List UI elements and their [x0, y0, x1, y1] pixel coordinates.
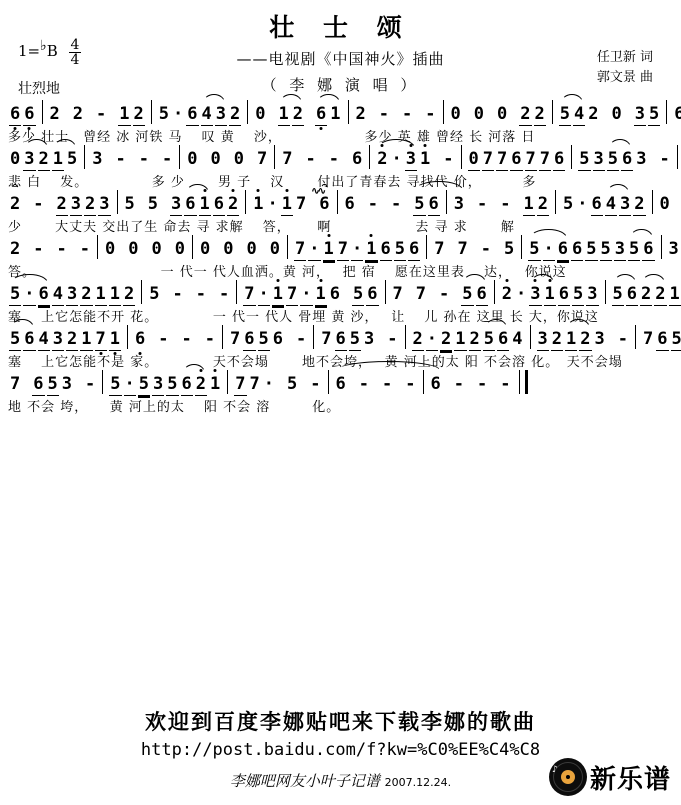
note: 7 — [433, 238, 445, 260]
slur-arc: 32 — [22, 148, 51, 171]
notation-line: 564321716---7656-7653-2·21256432123-7656… — [8, 316, 681, 349]
note: 6 — [134, 328, 146, 350]
slur-arc: 6∿∿ — [317, 193, 331, 215]
note: 6 — [272, 328, 284, 350]
slur-arc: 15 — [51, 148, 80, 171]
note: 5 — [528, 238, 540, 261]
note: 5 — [9, 283, 21, 306]
barline — [102, 370, 103, 394]
note: 1 — [80, 328, 92, 351]
final-barline — [519, 370, 528, 394]
barline — [446, 190, 447, 214]
duration-dot: · — [267, 193, 279, 215]
note: 5 — [166, 373, 178, 396]
note: 5 — [607, 148, 619, 171]
barline — [274, 145, 275, 169]
duration-dash: - — [499, 373, 511, 395]
duration-dot: · — [172, 103, 184, 125]
note: 6 — [329, 283, 341, 305]
duration-dot: · — [426, 328, 438, 351]
note: 2 — [123, 283, 135, 306]
barline — [521, 235, 522, 259]
slur-arc: 56 — [606, 148, 635, 171]
barline — [385, 280, 386, 304]
note: 5 — [648, 103, 660, 126]
download-url[interactable]: http://post.baidu.com/f?kw=%C0%EE%C4%C8 — [0, 740, 681, 760]
note: 7 — [457, 238, 469, 260]
note: 7 — [286, 283, 298, 306]
duration-dash: - — [305, 148, 317, 170]
note: 5 — [258, 328, 270, 351]
note: 4 — [573, 103, 585, 126]
duration-dot: · — [391, 148, 403, 170]
duration-dash: - — [390, 193, 402, 215]
duration-dot: · — [515, 283, 527, 305]
time-signature: 4 4 — [69, 38, 82, 67]
note: 4 — [511, 328, 523, 350]
note: 7 — [642, 328, 654, 350]
note: 6 — [315, 103, 327, 126]
note: 0 — [233, 148, 245, 170]
note: 5 — [559, 103, 571, 126]
slur-arc: 56 — [627, 238, 656, 261]
key-prefix: 1= — [18, 42, 40, 60]
note: 7 — [415, 283, 427, 305]
song-subtitle: ——电视剧《中国神火》插曲 — [0, 48, 681, 69]
barline — [313, 325, 314, 349]
duration-dash: - — [442, 148, 454, 170]
note: 6 — [335, 328, 347, 351]
barline — [97, 235, 98, 259]
lyricist-credit: 任卫新 词 — [597, 48, 653, 68]
note: 7 — [392, 283, 404, 305]
note: 0 — [254, 103, 266, 125]
slur-arc: 56 — [482, 328, 511, 351]
duration-dot: · — [258, 283, 270, 306]
note: 0 — [210, 148, 222, 170]
barline — [222, 325, 223, 349]
note: 5 — [413, 193, 425, 216]
note: 5 — [628, 238, 640, 261]
transcription-date: 2007.12.24. — [385, 776, 451, 789]
note: 3 — [634, 103, 646, 126]
slur-arc: 61 — [183, 193, 212, 216]
note: 6 — [32, 373, 44, 396]
note: 6 — [428, 193, 440, 216]
slur-arc: 61 — [314, 103, 343, 126]
note: 0 — [9, 148, 21, 170]
note: 5 — [9, 328, 21, 351]
note: 5 — [66, 148, 78, 170]
note: 7 — [539, 148, 551, 171]
note: 0 — [127, 238, 139, 260]
barline — [369, 145, 370, 169]
note: 1 — [329, 103, 341, 125]
duration-dot: · — [263, 373, 275, 395]
barline — [287, 235, 288, 259]
slur-arc: 54 — [558, 103, 587, 126]
note: 6 — [23, 103, 35, 126]
note: 6 — [186, 103, 198, 126]
note: 6 — [642, 238, 654, 261]
barline — [227, 370, 228, 394]
credits-block: 任卫新 词 郭文景 曲 — [597, 48, 653, 88]
barline — [652, 190, 653, 214]
barline — [127, 325, 128, 349]
notation-line: 6622-125·6432012612---000225420356·7653 — [8, 91, 681, 124]
note: 7 — [482, 148, 494, 171]
note: 7 — [95, 328, 107, 351]
note: 0 — [611, 103, 623, 125]
duration-dot: · — [300, 283, 312, 306]
duration-dash: - — [309, 373, 321, 395]
flat-icon: ♭ — [40, 38, 47, 54]
note: 0 — [473, 103, 485, 125]
barline — [661, 235, 662, 259]
note: 2 — [587, 103, 599, 125]
duration-dash: - — [95, 103, 107, 125]
duration-dot: · — [351, 238, 363, 261]
barline — [530, 325, 531, 349]
note: 6 — [243, 328, 255, 351]
note: 5 — [572, 283, 584, 306]
slur-arc: 563 — [412, 190, 466, 216]
note: 2 — [292, 103, 304, 126]
barline — [605, 280, 606, 304]
note: 3 — [593, 148, 605, 171]
note: 2 — [537, 193, 549, 216]
note: 7 — [281, 148, 293, 170]
note: 2 — [84, 193, 96, 216]
note: 0 — [468, 148, 480, 171]
note: 2 — [633, 193, 645, 216]
note: 3 — [61, 373, 73, 395]
duration-dash: - — [84, 373, 96, 395]
note: 1 — [109, 328, 121, 351]
slur-arc: 5·6 — [8, 283, 51, 306]
note: 7 — [295, 193, 307, 215]
note: 6 — [351, 148, 363, 170]
barline — [443, 100, 444, 124]
note: 2 — [412, 328, 424, 351]
duration-dash: - — [476, 193, 488, 215]
note: 2 — [38, 148, 50, 171]
note: 5 — [562, 193, 574, 215]
note: 3 — [586, 283, 598, 306]
duration-dash: - — [157, 328, 169, 350]
note: 5 — [394, 238, 406, 261]
notation-line: 5·64321125---7·17·165677-562·31653562211… — [8, 271, 681, 304]
note: 1 — [523, 193, 535, 216]
duration-dash: - — [204, 328, 216, 350]
barline — [117, 190, 118, 214]
note: 2 — [534, 103, 546, 126]
duration-dash: - — [367, 193, 379, 215]
duration-dash: - — [453, 373, 465, 395]
note: 5 — [585, 238, 597, 261]
note: 3 — [170, 193, 182, 216]
note: 6 — [621, 148, 633, 171]
note: 5 — [124, 193, 136, 215]
slur-arc: 56 — [8, 328, 37, 351]
slur-arc: 12 — [564, 328, 593, 351]
note: 2 — [56, 193, 68, 216]
note: 2 — [72, 103, 84, 125]
barline — [179, 145, 180, 169]
note: 6 — [557, 238, 569, 261]
note: 6 — [181, 373, 193, 396]
slur-arc: 2·3 — [375, 148, 418, 171]
barline — [555, 190, 556, 214]
note: 6 — [408, 238, 420, 261]
note: 3 — [215, 103, 227, 126]
note: 3 — [635, 148, 647, 170]
duration-dash: - — [32, 193, 44, 215]
note: 1 — [278, 103, 290, 126]
slur-arc: 62 — [180, 373, 209, 396]
note: 7 — [243, 283, 255, 306]
note: 0 — [151, 238, 163, 260]
note: 1 — [95, 283, 107, 306]
barline — [426, 235, 427, 259]
duration-dot: · — [576, 193, 588, 215]
note: 3 — [23, 148, 35, 171]
note: 1 — [365, 238, 377, 261]
note: 5 — [503, 238, 515, 260]
note: 1 — [669, 283, 681, 306]
duration-dash: - — [32, 238, 44, 260]
note: 6 — [38, 283, 50, 306]
duration-dash: - — [476, 373, 488, 395]
notation-line: 2-232355361621·176∿∿6--563--125·64320123… — [8, 181, 681, 214]
note: 6 — [9, 103, 21, 126]
note: 2 — [376, 148, 388, 170]
note: 7 — [337, 238, 349, 261]
music-note-icon: ♪ — [552, 765, 558, 775]
score-system-7: 7653-5·53562177·5-6---6---地 不会 垮， 黄 河上的太… — [8, 374, 530, 415]
note: 1 — [272, 283, 284, 306]
note: 6 — [184, 193, 196, 216]
note: 6 — [571, 238, 583, 261]
note: 1 — [419, 148, 431, 170]
note: 3 — [70, 193, 82, 216]
note: 2 — [9, 238, 21, 260]
note: 3 — [614, 238, 626, 261]
duration-dash: - — [381, 373, 393, 395]
note: 3 — [66, 283, 78, 306]
note: 6 — [380, 238, 392, 261]
barline — [461, 145, 462, 169]
barline — [423, 370, 424, 394]
barline — [84, 145, 85, 169]
note: 3 — [363, 328, 375, 350]
duration-dot: · — [124, 373, 136, 396]
barline — [405, 325, 406, 349]
note: 5 — [286, 373, 298, 395]
duration-dash: - — [328, 148, 340, 170]
note: 6∿∿ — [318, 193, 330, 215]
barline — [494, 280, 495, 304]
note: 1 — [209, 373, 221, 395]
duration-dash: - — [195, 283, 207, 305]
note: 7 — [294, 238, 306, 261]
barline — [337, 190, 338, 214]
slur-arc: 43 — [604, 193, 633, 216]
note: 3 — [453, 193, 465, 215]
note: 2 — [654, 283, 666, 306]
note: 0 — [496, 103, 508, 125]
note: 1 — [323, 238, 335, 261]
slur-arc: 22 — [639, 283, 668, 306]
note: 2 — [579, 328, 591, 351]
note: 1 — [199, 193, 211, 216]
note: 6 — [497, 328, 509, 351]
note: 3 — [152, 373, 164, 396]
note: 0 — [174, 238, 186, 260]
note: 5 — [671, 328, 681, 351]
note: 7 — [249, 373, 261, 395]
note: 2 — [501, 283, 513, 305]
note: 6 — [23, 328, 35, 351]
record-hole — [566, 775, 570, 779]
note: 6 — [213, 193, 225, 216]
barline — [151, 100, 152, 124]
duration-dash: - — [181, 328, 193, 350]
duration-dash: - — [386, 328, 398, 350]
note: 7 — [320, 328, 332, 350]
slur-arc: 2 — [8, 193, 22, 215]
note: 0 — [186, 148, 198, 170]
score-systems: 6622-125·6432012612---000225420356·7653多… — [8, 100, 677, 415]
slur-arc: 56 — [611, 283, 640, 306]
notation-line: 2---000000007·17·165677-55·66553563-0112 — [8, 226, 681, 259]
note: 5 — [461, 283, 473, 306]
site-logo-text: 新乐谱 — [590, 759, 671, 796]
note: 4 — [201, 103, 213, 126]
note: 0 — [222, 238, 234, 260]
note: 5 — [147, 193, 159, 215]
note: 5 — [138, 373, 150, 396]
note: 2 — [133, 103, 145, 126]
note: 0 — [269, 238, 281, 260]
note: 4 — [38, 328, 50, 351]
note: 5 — [349, 328, 361, 351]
duration-dash: - — [401, 103, 413, 125]
note: 0 — [104, 238, 116, 260]
note: 1 — [544, 283, 556, 306]
barline — [328, 370, 329, 394]
duration-dash: - — [480, 238, 492, 260]
duration-dot: · — [543, 238, 555, 261]
note: 7 — [9, 373, 21, 395]
site-logo: ♪ 新乐谱 — [549, 758, 671, 796]
note: 2 — [229, 103, 241, 126]
note: 1 — [118, 103, 130, 126]
duration-dash: - — [438, 283, 450, 305]
note: 6 — [626, 283, 638, 306]
duration-dash: - — [617, 328, 629, 350]
note: 5 — [600, 238, 612, 261]
slur-arc: 56 — [460, 283, 489, 306]
note: 6 — [344, 193, 356, 215]
lyrics-line: 地 不会 垮， 黄 河上的太 阳 不会 溶 化。 — [8, 400, 340, 415]
duration-dash: - — [218, 283, 230, 305]
barline — [192, 235, 193, 259]
note: 7 — [525, 148, 537, 171]
meter-denominator: 4 — [69, 53, 82, 67]
note: 2 — [640, 283, 652, 306]
note: 7 — [229, 328, 241, 350]
note: 3 — [537, 328, 549, 351]
note: 1 — [454, 328, 466, 351]
note: 5 — [612, 283, 624, 306]
note: 1 — [252, 193, 264, 215]
note: 2 — [519, 103, 531, 126]
notation-line: 7653-5·53562177·5-6---6--- — [8, 361, 530, 394]
barline — [552, 100, 553, 124]
slur-arc: 43 — [200, 103, 229, 126]
barline — [348, 100, 349, 124]
note: 2 — [355, 103, 367, 125]
duration-dash: - — [115, 148, 127, 170]
note: 6 — [673, 103, 681, 125]
note: 6 — [510, 148, 522, 171]
duration-dot: · — [308, 238, 320, 261]
page-title: 壮 士 颂 — [0, 0, 681, 44]
note: 7 — [234, 373, 246, 396]
barline — [245, 190, 246, 214]
note: 3 — [91, 148, 103, 170]
note: 6 — [476, 283, 488, 306]
mordent-icon: ∿∿ — [311, 181, 324, 203]
note: 1 — [565, 328, 577, 351]
note: 1 — [315, 283, 327, 306]
note: 3 — [405, 148, 417, 171]
slur-arc: 31 — [528, 283, 557, 306]
note: 5 — [578, 148, 590, 171]
note: 2 — [80, 283, 92, 306]
note: 0 — [246, 238, 258, 260]
note: 2 — [66, 328, 78, 351]
note: 1 — [52, 148, 64, 171]
note: 2 — [440, 328, 452, 351]
note: 6 — [656, 328, 668, 351]
note: 5 — [158, 103, 170, 125]
barline — [236, 280, 237, 304]
note: 6 — [366, 283, 378, 306]
slur-arc: 5·6 — [527, 238, 570, 261]
note: 6 — [591, 193, 603, 216]
note: 5 — [352, 283, 364, 306]
note: 6 — [335, 373, 347, 395]
note: 4 — [605, 193, 617, 216]
note: 2 — [9, 193, 21, 215]
note: 6 — [553, 148, 565, 171]
duration-dash: - — [378, 103, 390, 125]
note: 2 — [469, 328, 481, 351]
note: 3 — [619, 193, 631, 216]
barline — [247, 100, 248, 124]
note: 6 — [430, 373, 442, 395]
note: 0 — [199, 238, 211, 260]
slur-arc: 6---6 — [334, 370, 443, 395]
promo-text: 欢迎到百度李娜贴吧来下载李娜的歌曲 — [0, 706, 681, 736]
duration-dash: - — [295, 328, 307, 350]
duration-dash: - — [358, 373, 370, 395]
notation-line: 032153---00077--62·31-077677653563-00021 — [8, 136, 681, 169]
vinyl-record-icon: ♪ — [549, 758, 587, 796]
composer-credit: 郭文景 曲 — [597, 68, 653, 88]
